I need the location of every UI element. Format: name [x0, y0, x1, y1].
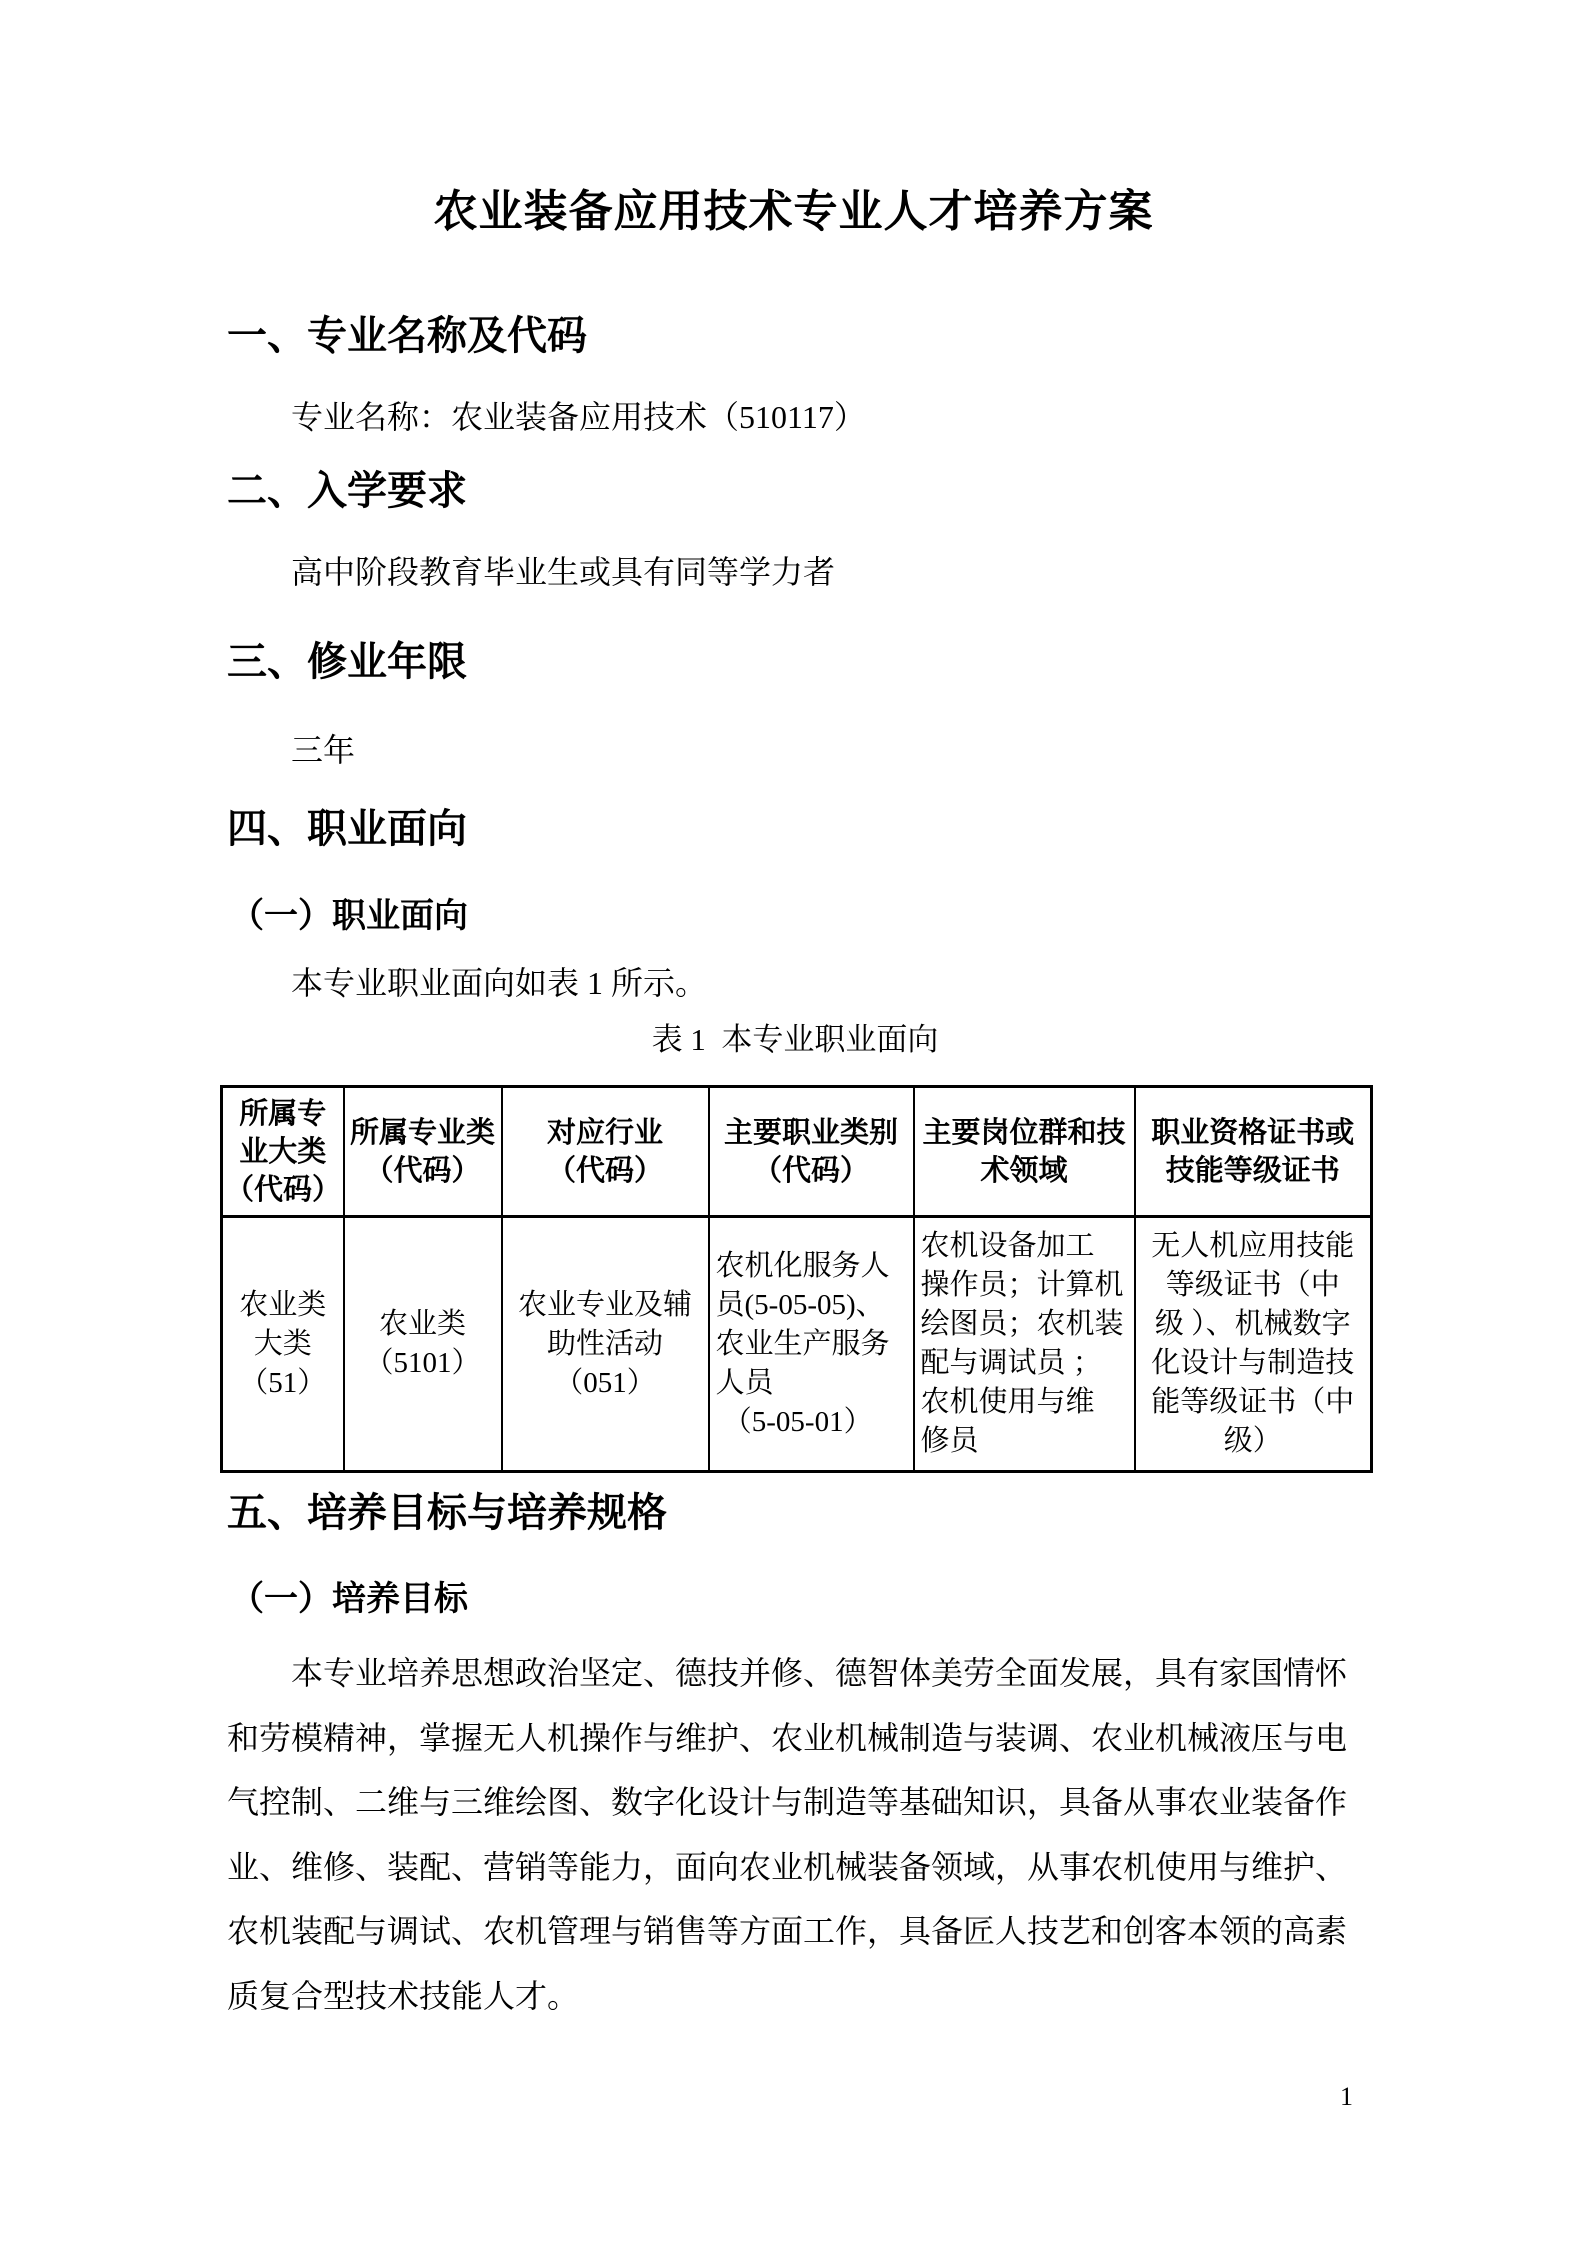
section-4-subheading: （一）职业面向 [230, 895, 468, 937]
table-header-certificates: 职业资格证书或 技能等级证书 [1135, 1087, 1372, 1217]
section-4-body: 本专业职业面向如表 1 所示。 [291, 964, 707, 1002]
cell-certificates: 无人机应用技能 等级证书（中 级 ）、机械数字 化设计与制造技 能等级证书（中 … [1135, 1217, 1372, 1472]
page-number: 1 [1340, 2082, 1353, 2112]
section-1-body: 专业名称：农业装备应用技术（510117） [291, 398, 866, 436]
section-3-body: 三年 [291, 731, 355, 769]
section-4-heading: 四、职业面向 [227, 805, 467, 853]
table-row: 农业类 大类 （51） 农业类 （5101） 农业专业及辅 助性活动 （051）… [222, 1217, 1372, 1472]
section-5-subheading: （一）培养目标 [230, 1578, 468, 1620]
table-header-major-class: 所属专业类 （代码） [344, 1087, 502, 1217]
training-objective-paragraph: 本专业培养思想政治坚定、德技并修、德智体美劳全面发展，具有家国情怀 和劳模精神，… [227, 1641, 1357, 2028]
cell-industry: 农业专业及辅 助性活动 （051） [502, 1217, 709, 1472]
table-caption: 表 1 本专业职业面向 [220, 1022, 1370, 1058]
section-1-heading: 一、专业名称及代码 [227, 312, 587, 360]
table-header-post-group: 主要岗位群和技 术领域 [914, 1087, 1135, 1217]
jobs-table: 所属专 业大类 （代码） 所属专业类 （代码） 对应行业 （代码） 主要职业类别… [220, 1085, 1373, 1473]
document-page: 农业装备应用技术专业人才培养方案 一、专业名称及代码 专业名称：农业装备应用技术… [0, 0, 1587, 2245]
cell-occupation-category: 农机化服务人 员(5-05-05)、 农业生产服务 人员 （5-05-01） [709, 1217, 914, 1472]
table-header-major-category: 所属专 业大类 （代码） [222, 1087, 344, 1217]
page-title: 农业装备应用技术专业人才培养方案 [0, 186, 1587, 238]
section-2-body: 高中阶段教育毕业生或具有同等学力者 [291, 553, 835, 591]
cell-post-group: 农机设备加工 操作员；计算机 绘图员；农机装 配与调试员 ； 农机使用与维 修员 [914, 1217, 1135, 1472]
cell-major-category: 农业类 大类 （51） [222, 1217, 344, 1472]
cell-major-class: 农业类 （5101） [344, 1217, 502, 1472]
section-5-heading: 五、培养目标与培养规格 [227, 1489, 667, 1537]
table-header-row: 所属专 业大类 （代码） 所属专业类 （代码） 对应行业 （代码） 主要职业类别… [222, 1087, 1372, 1217]
table-header-occupation-category: 主要职业类别 （代码） [709, 1087, 914, 1217]
section-3-heading: 三、修业年限 [227, 638, 467, 686]
table-header-industry: 对应行业 （代码） [502, 1087, 709, 1217]
section-2-heading: 二、入学要求 [227, 467, 467, 515]
